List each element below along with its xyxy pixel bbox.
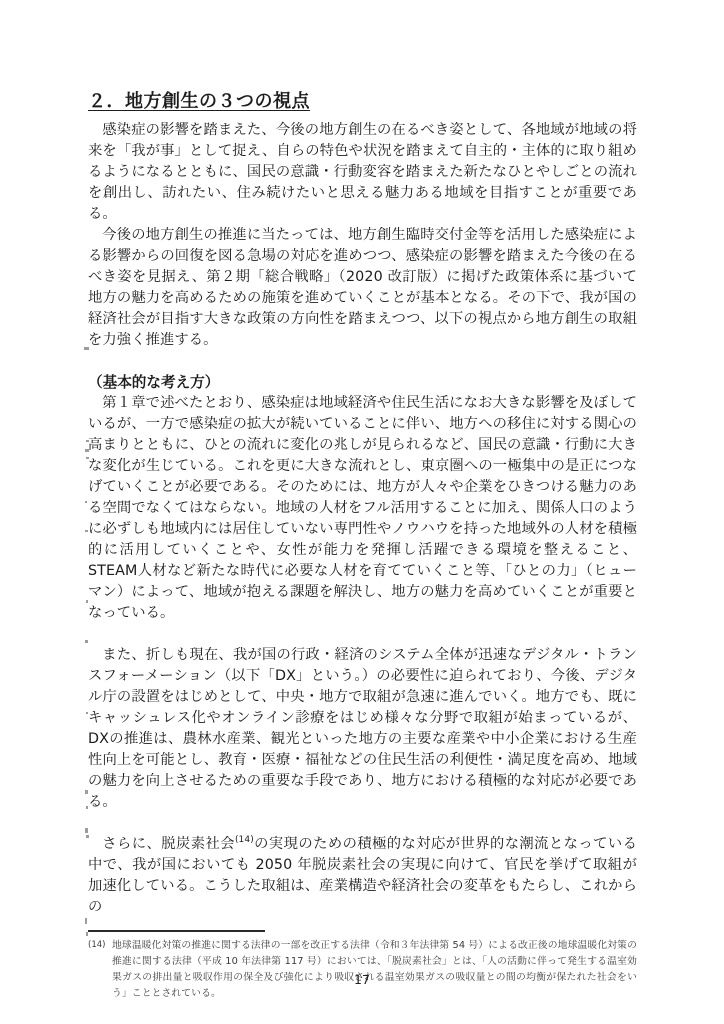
body-paragraph-2: また、折しも現在、我が国の行政・経済のシステム全体が迅速なデジタル・トランスフォ… [88,645,637,813]
scan-speck [85,449,89,452]
footnote-section: (14) 地球温暖化対策の推進に関する法律の一部を改正する法律（令和３年法律第 … [88,930,637,1002]
spacer [88,624,637,645]
spacer [88,813,637,834]
scan-speck [85,790,88,794]
subsection-heading: （基本的な考え方） [88,372,637,393]
scan-speck [86,932,88,936]
footnote-14: (14) 地球温暖化対策の推進に関する法律の一部を改正する法律（令和３年法律第 … [88,938,637,1002]
scan-speck [85,828,88,833]
intro-paragraph-1: 感染症の影響を踏まえた、今後の地方創生の在るべき姿として、各地域が地域の将来を「… [88,120,637,225]
decarbon-text-before-ref: さらに、脱炭素社会 [102,836,235,852]
body-paragraph-1: 第１章で述べたとおり、感染症は地域経済や住民生活になお大きな影響を及ぼしているが… [88,393,637,624]
intro-paragraph-2: 今後の地方創生の推進に当たっては、地方創生臨時交付金等を活用した感染症による影響… [88,225,637,351]
scan-speck [84,347,89,350]
footnote-reference-14: (14) [235,835,254,845]
document-page: ２．地方創生の３つの視点 感染症の影響を踏まえた、今後の地方創生の在るべき姿とし… [0,0,724,1024]
scan-speck [86,712,88,714]
scan-speck [86,806,88,809]
section-title: ２．地方創生の３つの視点 [88,90,637,114]
page-content: ２．地方創生の３つの視点 感染症の影響を踏まえた、今後の地方創生の在るべき姿とし… [88,90,637,1002]
scan-speck [85,530,88,532]
scan-speck [85,501,87,503]
decarbon-paragraph: さらに、脱炭素社会(14)の実現のための積極的な対応が世界的な潮流となっている中… [88,834,637,918]
footnote-marker: (14) [88,938,112,953]
scan-speck [86,440,89,442]
footnote-text: 地球温暖化対策の推進に関する法律の一部を改正する法律（令和３年法律第 54 号）… [112,938,637,1002]
scan-speck [85,640,88,643]
scan-speck [85,918,87,924]
page-number: 17 [0,972,724,987]
scan-speck [86,835,89,838]
footnote-divider [88,930,265,932]
scan-speck [86,457,89,459]
spacer [88,351,637,372]
scan-speck [86,600,88,603]
